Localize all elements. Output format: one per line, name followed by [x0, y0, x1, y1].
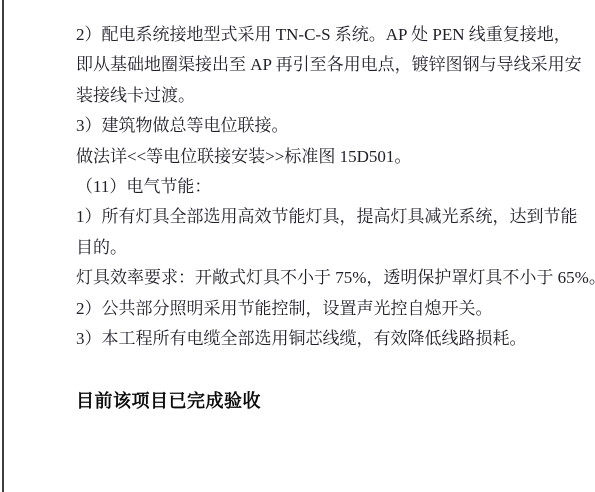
text-line-copper-cable: 3）本工程所有电缆全部选用铜芯线缆，有效降低线路损耗。: [76, 324, 556, 354]
text-line-grounding-system: 2）配电系统接地型式采用 TN-C-S 系统。AP 处 PEN 线重复接地，: [76, 20, 556, 50]
page-left-border-rule: [2, 0, 4, 492]
text-line-lamp-selection: 1）所有灯具全部选用高效节能灯具，提高灯具减光系统，达到节能: [76, 202, 556, 232]
text-line-equipotential-bonding: 3）建筑物做总等电位联接。: [76, 111, 556, 141]
document-page: 2）配电系统接地型式采用 TN-C-S 系统。AP 处 PEN 线重复接地， 即…: [0, 0, 595, 492]
text-line-standard-drawing-ref: 做法详<<等电位联接安装>>标准图 15D501。: [76, 142, 556, 172]
text-line-lamp-selection-wrap: 目的。: [76, 233, 556, 263]
text-line-acceptance-complete: 目前该项目已完成验收: [76, 386, 556, 416]
text-line-grounding-detail-wrap: 装接线卡过渡。: [76, 81, 556, 111]
text-line-lighting-control: 2）公共部分照明采用节能控制，设置声光控自熄开关。: [76, 294, 556, 324]
text-line-energy-saving-heading: （11）电气节能：: [76, 172, 556, 202]
document-text-block: 2）配电系统接地型式采用 TN-C-S 系统。AP 处 PEN 线重复接地， 即…: [76, 20, 556, 417]
text-line-grounding-detail: 即从基础地圈渠接出至 AP 再引至各用电点，镀锌图钢与导线采用安: [76, 50, 556, 80]
paragraph-spacer: [76, 354, 556, 386]
text-line-lamp-efficiency: 灯具效率要求：开敞式灯具不小于 75%，透明保护罩灯具不小于 65%。: [76, 263, 556, 293]
